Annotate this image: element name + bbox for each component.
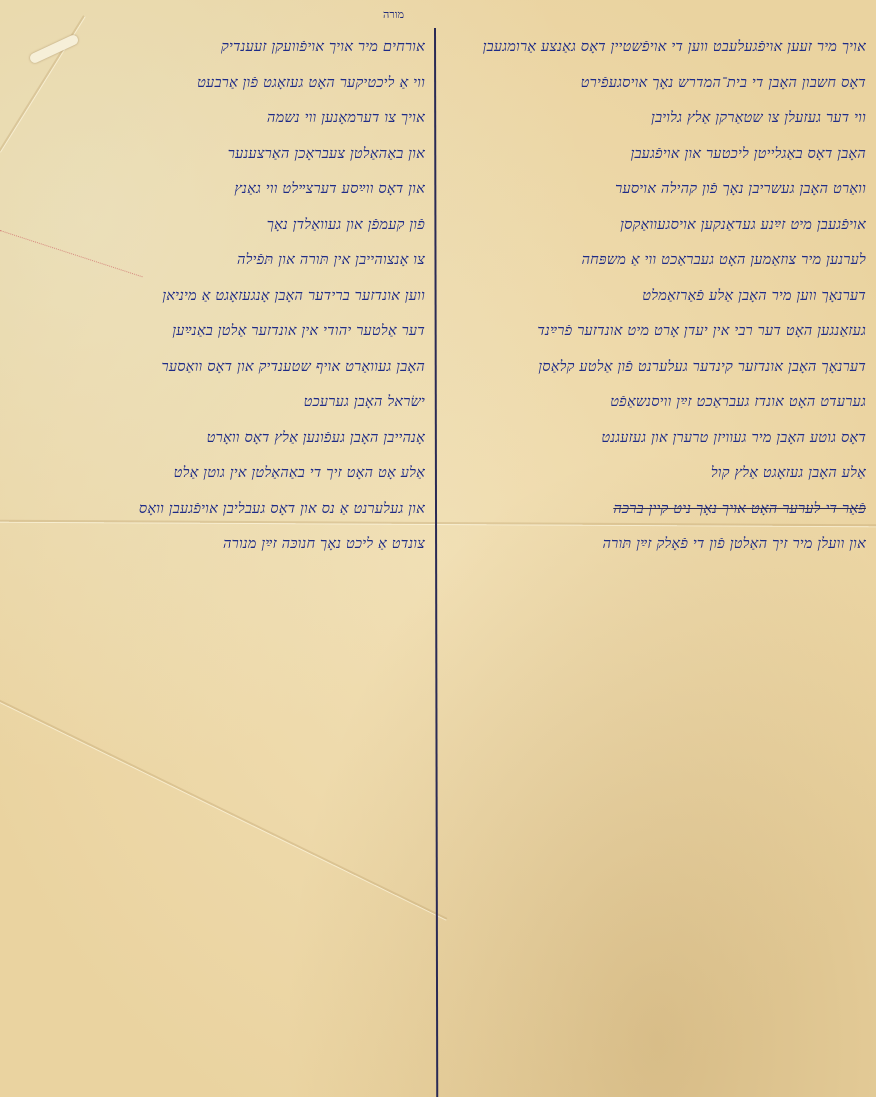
handwritten-line: דער אַלטער יהודי אין אונדזער אַלטן באַנײ… [95,314,425,350]
handwritten-line: פֿון קעמפֿן און געוואַלדן נאָך [95,208,425,244]
handwritten-line: געזאַנגען האָט דער רבי אין יעדן אָרט מיט… [460,314,866,350]
right-column: אויך מיר זעען אויפֿגעלעבט ווען די אויפֿש… [460,30,866,563]
column-divider-line [434,28,438,1097]
handwritten-line: אורחים מיר אויך אויפֿוועקן זעענדיק [95,30,425,66]
left-column: אורחים מיר אויך אויפֿוועקן זעענדיק ווי א… [95,30,425,563]
handwritten-line: דערנאָך האָבן אונדזער קינדער געלערנט פֿו… [460,350,866,386]
handwritten-line: וואַרט האָבן געשריבן נאָך פֿון קהילה אוי… [460,172,866,208]
handwritten-line: צונדט אַ ליכט נאָך חנוכּה זײַן מנורה [95,527,425,563]
handwritten-line: אויפֿגעבן מיט זײַנע געדאַנקען אויסגעוואַ… [460,208,866,244]
handwritten-line: דאָס גוטע האָבן מיר געוויזן טרערן און גע… [460,421,866,457]
letter-page: מורה אורחים מיר אויך אויפֿוועקן זעענדיק … [0,0,876,1097]
handwritten-line: און געלערנט אַ נס און דאָס געבליבן אויפֿ… [95,492,425,528]
handwritten-line: און באַהאַלטן צעבראָכן האַרצענער [95,137,425,173]
handwritten-line: ווי דער געזעלן צו שטאַרקן אַלץ גלויבן [460,101,866,137]
handwritten-line: האָבן געוואַרט אויף שטענדיק און דאָס ווא… [95,350,425,386]
handwritten-line: אַלע אָט האָט זיך די באַהאַלטן אין גוטן … [95,456,425,492]
header-word: מורה [383,8,404,21]
diagonal-fold-crease [0,690,447,920]
handwritten-line: גערעדט האָט אונדז געבראַכט זײַן וויסנשאַ… [460,385,866,421]
handwritten-line: צו אָנצוהייבן אין תּורה און תּפֿילה [95,243,425,279]
handwritten-line: ווי אַ ליכטיקער האָט געזאָגט פֿון אַרבעט [95,66,425,102]
handwritten-line: דאָס חשבון האָבן די בית־המדרש נאָך אויסג… [460,66,866,102]
handwritten-line: ווען אונדזער ברידער האָבן אָנגעזאָגט אַ … [95,279,425,315]
handwritten-line: און דאָס ווײַסע דערצײלט ווי גאַנץ [95,172,425,208]
handwritten-line: אויך מיר זעען אויפֿגעלעבט ווען די אויפֿש… [460,30,866,66]
handwritten-line: אָנהייבן האָבן געפֿונען אַלץ דאָס וואָרט [95,421,425,457]
handwritten-line: דערנאָך ווען מיר האָבן אַלע פֿאַרזאַמלט [460,279,866,315]
handwritten-line: ישׂראל האָבן גערעכט [95,385,425,421]
handwritten-line: לערנען מיר צוזאַמען האָט געבראַכט ווי אַ… [460,243,866,279]
handwritten-line: אויך צו דערמאָנען ווי נשמה [95,101,425,137]
handwritten-line: האָבן דאָס באַגלייטן ליכטער און אויפֿגעב… [460,137,866,173]
handwritten-line: אַלע האָבן געזאָגט אַלץ קול [460,456,866,492]
handwritten-line-struck: פֿאַר די לערער האָט אויך נאָך ניט קיין ב… [460,492,866,528]
handwritten-line: און וועלן מיר זיך האַלטן פֿון די פֿאָלק … [460,527,866,563]
